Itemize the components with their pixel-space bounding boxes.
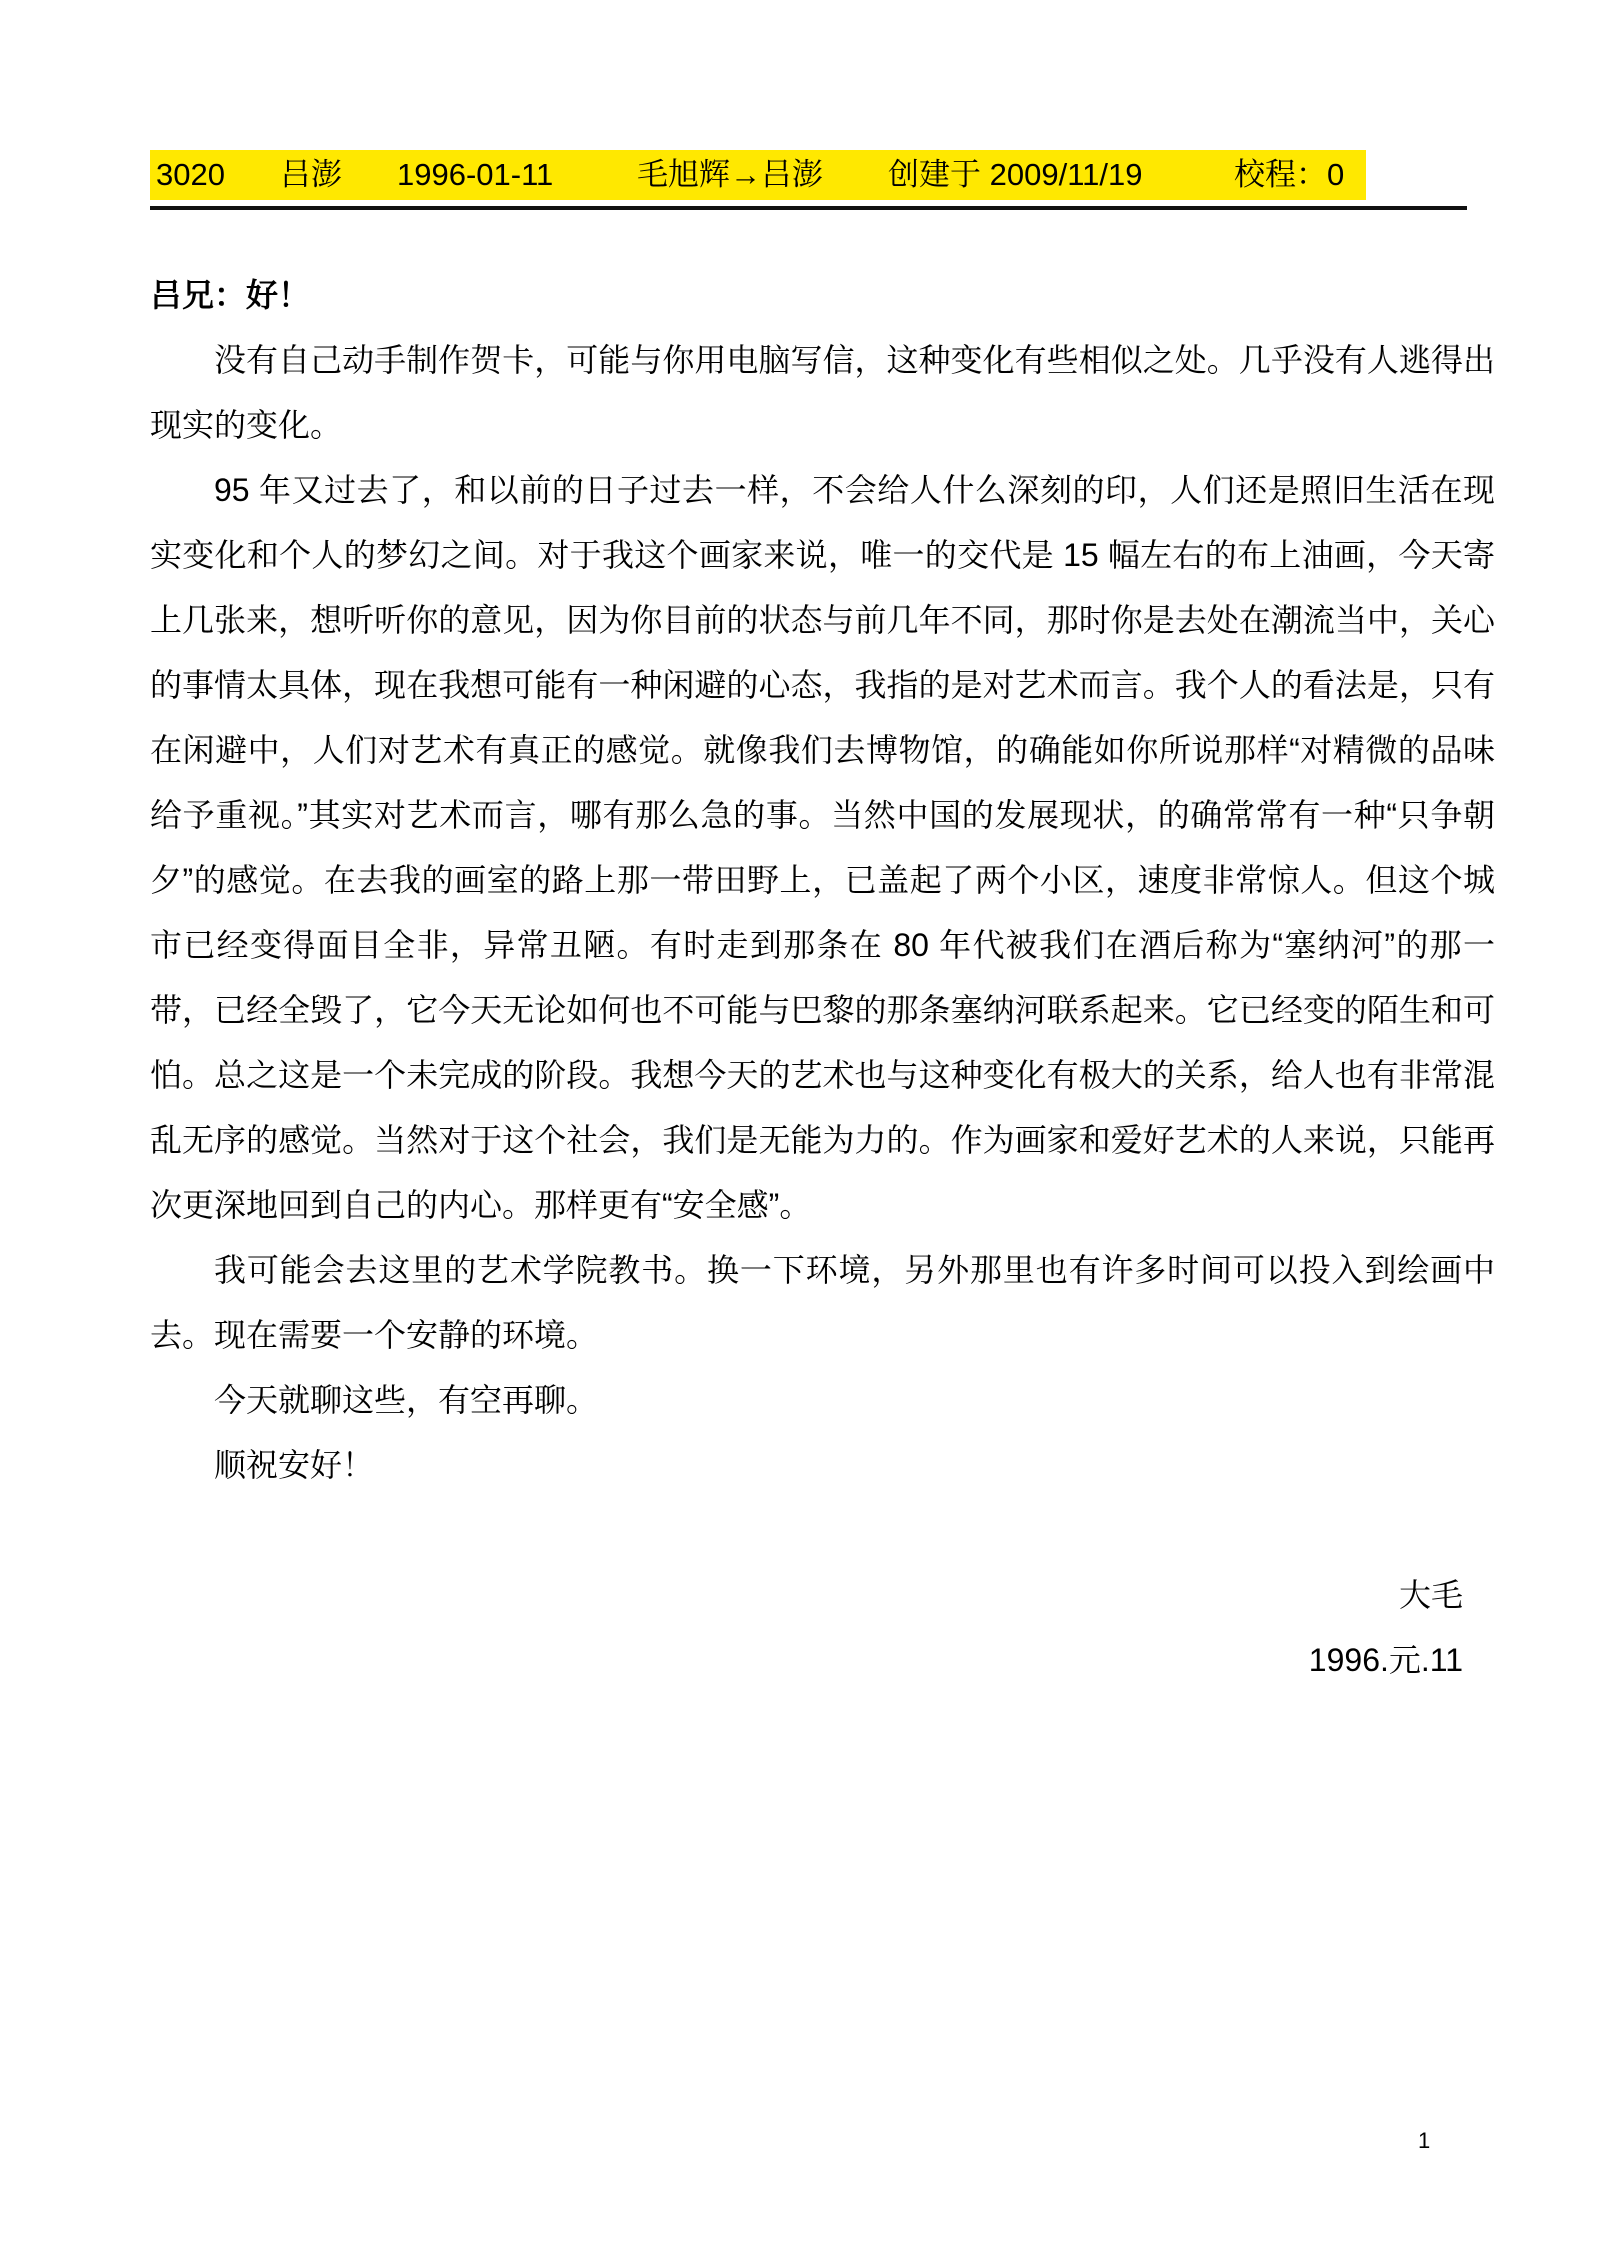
letter-date: 1996-01-11 [397,150,553,200]
catalog-header-bar: 3020 吕澎 1996-01-11 毛旭辉→吕澎 创建于 2009/11/19… [150,150,1366,200]
revision-label: 校程：0 [1234,150,1344,200]
letter-paragraph: 今天就聊这些，有空再聊。 [150,1368,1495,1433]
letter-paragraph: 没有自己动手制作贺卡，可能与你用电脑写信，这种变化有些相似之处。几乎没有人逃得出… [150,328,1495,458]
letter-paragraph: 顺祝安好！ [150,1433,1495,1498]
letter-greeting: 吕兄：好！ [150,263,1495,328]
header-divider-rule [150,206,1467,210]
correspondents: 毛旭辉→吕澎 [637,150,823,200]
recipient-name: 吕澎 [280,150,342,200]
page-number: 1 [1418,2128,1430,2154]
letter-page: 3020 吕澎 1996-01-11 毛旭辉→吕澎 创建于 2009/11/19… [0,0,1600,2263]
letter-paragraph: 我可能会去这里的艺术学院教书。换一下环境，另外那里也有许多时间可以投入到绘画中去… [150,1238,1495,1368]
letter-body: 吕兄：好！ 没有自己动手制作贺卡，可能与你用电脑写信，这种变化有些相似之处。几乎… [150,263,1495,1693]
signature-spacer [150,1498,1495,1563]
catalog-id: 3020 [156,150,225,200]
created-date: 创建于 2009/11/19 [888,150,1142,200]
signature-name: 大毛 [150,1563,1495,1628]
letter-paragraph: 95 年又过去了，和以前的日子过去一样，不会给人什么深刻的印，人们还是照旧生活在… [150,458,1495,1238]
signature-date: 1996.元.11 [150,1628,1495,1693]
